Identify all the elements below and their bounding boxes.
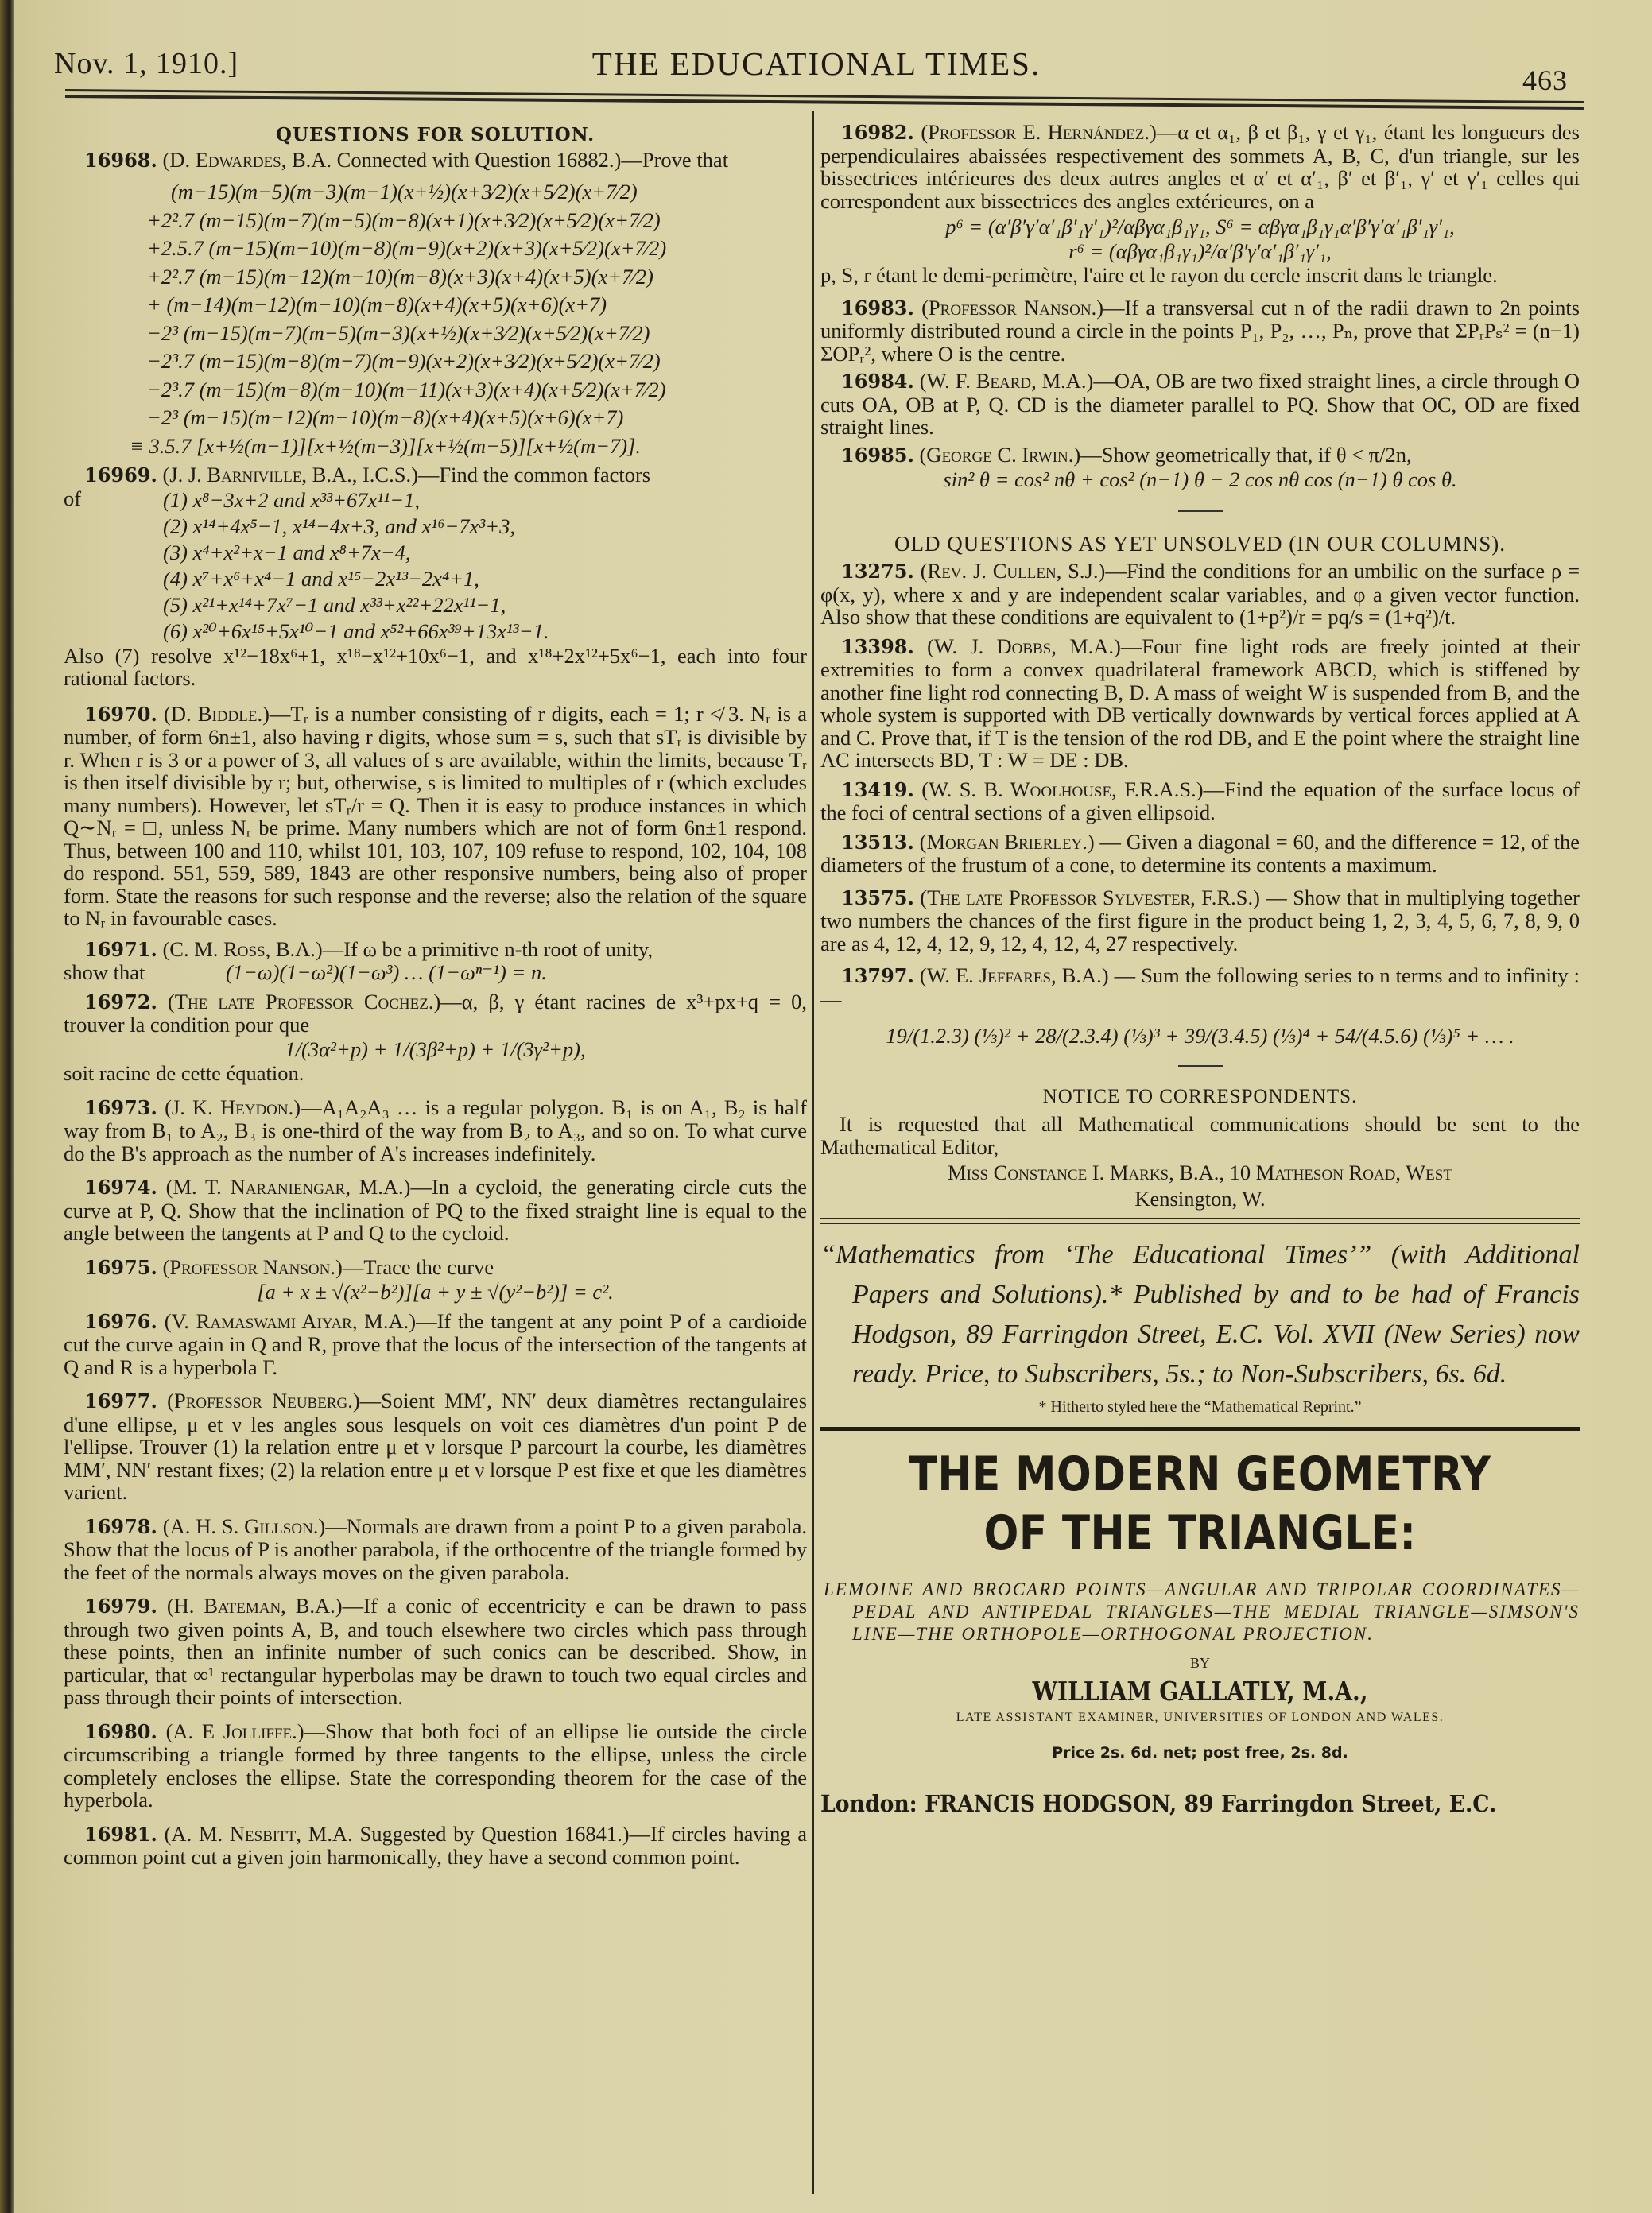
question-16978: 16978. (A. H. S. Gillson.)—Normals are d…	[64, 1515, 807, 1584]
question-number: 16978.	[84, 1515, 157, 1538]
polynomial-item: (6) x²⁰+6x¹⁵+5x¹⁰−1 and x⁵²+66x³⁹+13x¹³−…	[163, 618, 807, 645]
question-16981: 16981. (A. M. Nesbitt, M.A. Suggested by…	[64, 1823, 807, 1869]
section-heading: QUESTIONS FOR SOLUTION.	[64, 124, 807, 147]
identity-formula: (m−15)(m−5)(m−3)(m−1)(x+½)(x+3⁄2)(x+5⁄2)…	[64, 178, 807, 460]
question-16970: 16970. (D. Biddle.)—Tᵣ is a number consi…	[64, 703, 807, 930]
formula: 1/(3α²+p) + 1/(3β²+p) + 1/(3γ²+p),	[64, 1038, 807, 1061]
left-column: QUESTIONS FOR SOLUTION. 16968. (D. Edwar…	[64, 121, 807, 1875]
page-number: 463	[1522, 64, 1568, 97]
journal-title: THE EDUCATIONAL TIMES.	[49, 45, 1584, 83]
question-text: —Show geometrically that, if θ < π/2n,	[1080, 443, 1411, 467]
thick-rule	[820, 1427, 1580, 1431]
question-author: (D. Edwardes, B.A.	[162, 148, 332, 172]
question-16982: 16982. (Professor E. Hernández.)—α et α₁…	[820, 121, 1580, 212]
question-number: 16974.	[84, 1176, 157, 1199]
question-author: (Professor Nanson.)	[162, 1255, 342, 1279]
question-16984: 16984. (W. F. Beard, M.A.)—OA, OB are tw…	[820, 370, 1580, 439]
question-16972: 16972. (The late Professor Cochez.)—α, β…	[64, 990, 807, 1037]
question-author: (George C. Irwin.)	[919, 443, 1080, 467]
formula: p⁶ = (α′β′γ′α′₁β′₁γ′₁)²/αβγα₁β₁γ₁, S⁶ = …	[820, 215, 1580, 238]
question-16973: 16973. (J. K. Heydon.)—A₁A₂A₃ … is a reg…	[64, 1096, 807, 1165]
polynomial-item: (4) x⁷+x⁶+x⁴−1 and x¹⁵−2x¹³−2x⁴+1,	[163, 566, 807, 592]
question-number: 13513.	[841, 831, 914, 854]
question-16974: 16974. (M. T. Naraniengar, M.A.)—In a cy…	[64, 1176, 807, 1245]
formula-line: −2³.7 (m−15)(m−8)(m−10)(m−11)(x+3)(x+4)(…	[147, 376, 807, 405]
book-title: THE MODERN GEOMETRY OF THE TRIANGLE:	[874, 1445, 1526, 1563]
column-divider	[812, 111, 814, 2194]
question-author: (W. S. B. Woolhouse, F.R.A.S.)	[921, 777, 1203, 801]
formula: r⁶ = (αβγα₁β₁γ₁)²/α′β′γ′α′₁β′₁γ′₁,	[820, 240, 1580, 263]
question-number: 16968.	[84, 149, 157, 172]
question-13275: 13275. (Rev. J. Cullen, S.J.)—Find the c…	[820, 560, 1580, 629]
formula-row: show that (1−ω)(1−ω²)(1−ω³) … (1−ωⁿ⁻¹) =…	[64, 961, 807, 984]
formula: sin² θ = cos² nθ + cos² (n−1) θ − 2 cos …	[820, 468, 1580, 491]
question-16969: 16969. (J. J. Barniville, B.A., I.C.S.)—…	[64, 463, 807, 487]
show-that-label: show that	[64, 960, 145, 984]
question-16985: 16985. (George C. Irwin.)—Show geometric…	[820, 444, 1580, 467]
question-number: 13419.	[841, 778, 914, 801]
formula: (1−ω)(1−ω²)(1−ω³) … (1−ωⁿ⁻¹) = n.	[226, 960, 547, 984]
question-16979: 16979. (H. Bateman, B.A.)—If a conic of …	[64, 1595, 807, 1709]
question-16977: 16977. (Professor Neuberg.)—Soient MM′, …	[64, 1389, 807, 1504]
question-author: (W. E. Jeffares, B.A.)	[920, 963, 1109, 987]
question-number: 16981.	[84, 1823, 157, 1846]
question-author: (Professor Neuberg.)	[167, 1389, 360, 1413]
question-text: p, S, r étant le demi-perimètre, l'aire …	[820, 264, 1580, 287]
question-author: (Rev. J. Cullen, S.J.)	[921, 559, 1106, 583]
question-16968: 16968. (D. Edwardes, B.A. Connected with…	[64, 149, 807, 172]
question-text: Also (7) resolve x¹²−18x⁶+1, x¹⁸−x¹²+10x…	[64, 645, 807, 690]
question-author: (C. M. Ross, B.A.)	[162, 937, 322, 961]
question-13513: 13513. (Morgan Brierley.) — Given a diag…	[820, 831, 1580, 877]
question-author: (J. J. Barniville, B.A., I.C.S.)	[162, 463, 417, 486]
question-author: (Professor E. Hernández.)	[921, 120, 1156, 144]
question-author: (The late Professor Sylvester, F.R.S.)	[920, 886, 1260, 909]
of-label: of	[64, 487, 81, 510]
question-author: (A. E Jolliffe.)	[166, 1719, 304, 1743]
question-13575: 13575. (The late Professor Sylvester, F.…	[820, 886, 1580, 955]
question-number: 16985.	[841, 444, 914, 467]
by-label: BY	[820, 1652, 1580, 1675]
question-author: (M. T. Naraniengar, M.A.)	[166, 1175, 411, 1199]
book-author: WILLIAM GALLATLY, M.A.,	[878, 1680, 1523, 1703]
question-number: 16982.	[841, 121, 914, 144]
question-16975: 16975. (Professor Nanson.)—Trace the cur…	[64, 1256, 807, 1280]
question-number: 16977.	[84, 1389, 157, 1413]
question-number: 16979.	[84, 1595, 157, 1618]
question-number: 16975.	[84, 1256, 157, 1279]
formula-line: −2³ (m−15)(m−7)(m−5)(m−3)(x+½)(x+3⁄2)(x+…	[147, 320, 807, 348]
question-text: Connected with Question 16882.)—Prove th…	[337, 148, 728, 172]
book-contents: LEMOINE AND BROCARD POINTS—ANGULAR AND T…	[820, 1579, 1580, 1645]
question-text: —If ω be a primitive n-th root of unity,	[323, 937, 653, 961]
advertisement-footnote: * Hitherto styled here the “Mathematical…	[820, 1396, 1580, 1419]
formula: [a + x ± √(x²−b²)][a + y ± √(y²−b²)] = c…	[64, 1281, 807, 1304]
question-16976: 16976. (V. Ramaswami Aiyar, M.A.)—If the…	[64, 1310, 807, 1379]
question-number: 16980.	[84, 1720, 157, 1743]
question-number: 16971.	[84, 938, 157, 961]
question-author: (A. H. S. Gillson.)	[163, 1514, 326, 1538]
question-number: 16970.	[84, 703, 157, 726]
question-number: 16984.	[841, 370, 914, 393]
formula-line: ≡ 3.5.7 [x+½(m−1)][x+½(m−3)][x+½(m−5)][x…	[130, 432, 807, 461]
formula-line: (m−15)(m−5)(m−3)(m−1)(x+½)(x+3⁄2)(x+5⁄2)…	[147, 178, 807, 207]
formula-line: +2².7 (m−15)(m−12)(m−10)(m−8)(x+3)(x+4)(…	[147, 263, 807, 292]
question-author: (A. M. Nesbitt, M.A.	[165, 1822, 353, 1846]
formula-line: −2³ (m−15)(m−12)(m−10)(m−8)(x+4)(x+5)(x+…	[147, 404, 807, 432]
question-author: (The late Professor Cochez.)	[168, 990, 440, 1013]
editor-address: Kensington, W.	[820, 1188, 1580, 1211]
notice-heading: NOTICE TO CORRESPONDENTS.	[820, 1086, 1580, 1109]
question-number: 13398.	[841, 635, 914, 658]
question-text: —Find the common factors	[418, 463, 650, 486]
question-author: (D. Biddle.)	[164, 702, 270, 726]
small-divider	[1169, 1781, 1232, 1781]
question-text: soit racine de cette équation.	[64, 1062, 807, 1085]
question-author: (Morgan Brierley.)	[920, 830, 1095, 854]
question-13398: 13398. (W. J. Dobbs, M.A.)—Four fine lig…	[820, 635, 1580, 772]
notice-text: It is requested that all Mathematical co…	[820, 1113, 1580, 1158]
question-number: 16969.	[84, 463, 157, 486]
formula-line: + (m−14)(m−12)(m−10)(m−8)(x+4)(x+5)(x+6)…	[147, 291, 807, 320]
question-16980: 16980. (A. E Jolliffe.)—Show that both f…	[64, 1720, 807, 1812]
question-number: 13797.	[841, 964, 914, 987]
formula-line: +2².7 (m−15)(m−7)(m−5)(m−8)(x+1)(x+3⁄2)(…	[147, 207, 807, 235]
polynomial-item: (5) x²¹+x¹⁴+7x⁷−1 and x³³+x²²+22x¹¹−1,	[163, 592, 807, 618]
formula-line: −2³.7 (m−15)(m−8)(m−7)(m−9)(x+2)(x+3⁄2)(…	[147, 347, 807, 376]
question-16983: 16983. (Professor Nanson.)—If a transver…	[820, 296, 1580, 366]
author-credentials: LATE ASSISTANT EXAMINER, UNIVERSITIES OF…	[820, 1707, 1580, 1730]
question-number: 16976.	[84, 1310, 157, 1333]
polynomial-list: (1) x⁸−3x+2 and x³³+67x¹¹−1, (2) x¹⁴+4x⁵…	[64, 487, 807, 645]
polynomial-item: (3) x⁴+x²+x−1 and x⁸+7x−4,	[163, 540, 807, 566]
question-number: 16973.	[84, 1096, 157, 1119]
double-rule	[820, 1218, 1580, 1224]
question-author: (W. J. Dobbs, M.A.)	[927, 634, 1121, 658]
running-header: Nov. 1, 1910.] THE EDUCATIONAL TIMES. 46…	[49, 37, 1584, 84]
editor-address: Miss Constance I. Marks, B.A., 10 Mathes…	[820, 1161, 1580, 1184]
polynomial-item: (1) x⁸−3x+2 and x³³+67x¹¹−1,	[163, 487, 807, 514]
question-text: —Trace the curve	[343, 1255, 494, 1279]
polynomial-item: (2) x¹⁴+4x⁵−1, x¹⁴−4x+3, and x¹⁶−7x³+3,	[163, 514, 807, 540]
question-author: (H. Bateman, B.A.)	[167, 1594, 343, 1618]
book-binding-edge	[0, 0, 14, 2213]
question-author: (Professor Nanson.)	[921, 296, 1103, 320]
question-13419: 13419. (W. S. B. Woolhouse, F.R.A.S.)—Fi…	[820, 778, 1580, 824]
section-divider	[1178, 510, 1223, 512]
question-number: 16972.	[84, 990, 157, 1013]
question-author: (J. K. Heydon.)	[165, 1095, 301, 1119]
question-16971: 16971. (C. M. Ross, B.A.)—If ω be a prim…	[64, 938, 807, 962]
publisher-line: London: FRANCIS HODGSON, 89 Farringdon S…	[820, 1792, 1519, 1816]
question-number: 16983.	[841, 296, 914, 320]
question-13797: 13797. (W. E. Jeffares, B.A.) — Sum the …	[820, 964, 1580, 1010]
question-author: (W. F. Beard, M.A.)	[920, 369, 1094, 393]
book-price: Price 2s. 6d. net; post free, 2s. 8d.	[820, 1742, 1580, 1765]
question-text: —Tᵣ is a number consisting of r digits, …	[64, 702, 807, 931]
formula-line: +2.5.7 (m−15)(m−10)(m−8)(m−9)(x+2)(x+3)(…	[147, 234, 807, 263]
section-divider	[1178, 1065, 1223, 1067]
question-number: 13575.	[841, 886, 914, 909]
series-formula: 19/(1.2.3) (⅓)² + 28/(2.3.4) (⅓)³ + 39/(…	[820, 1025, 1580, 1048]
reprint-advertisement: “Mathematics from ‘The Educational Times…	[820, 1235, 1580, 1394]
right-column: 16982. (Professor E. Hernández.)—α et α₁…	[820, 121, 1580, 1815]
section-heading: OLD QUESTIONS AS YET UNSOLVED (IN OUR CO…	[820, 533, 1580, 556]
question-number: 13275.	[841, 560, 914, 583]
question-author: (V. Ramaswami Aiyar, M.A.)	[165, 1309, 416, 1333]
